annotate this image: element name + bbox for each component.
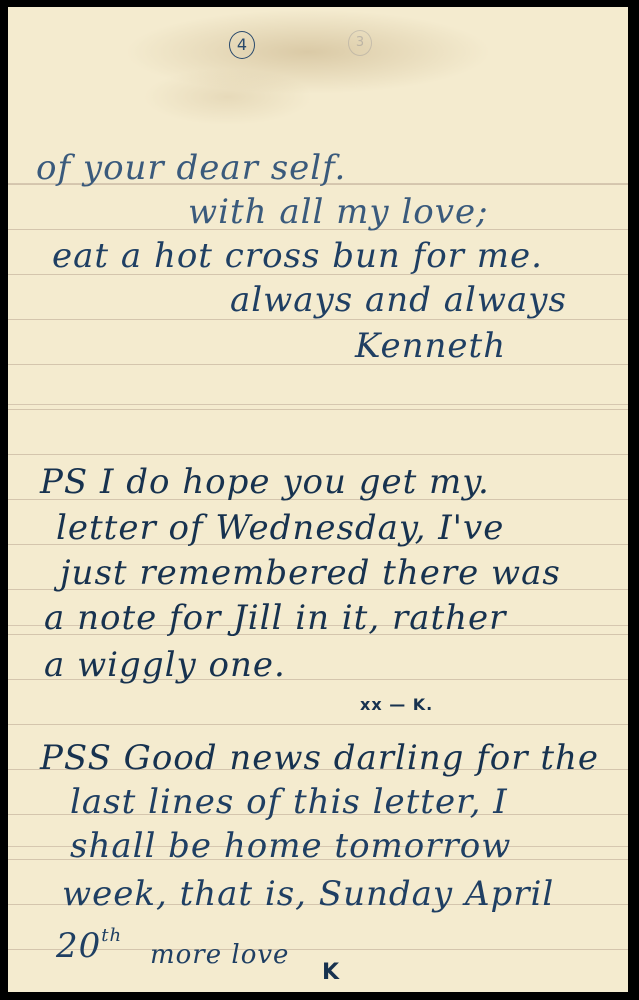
date-day: 20 <box>56 926 101 966</box>
pss-line: shall be home tomorrow <box>70 826 511 866</box>
letter-line: eat a hot cross bun for me. <box>52 236 543 276</box>
letter-line: with all my love; <box>188 192 489 232</box>
ps-line: just remembered there was <box>60 553 561 593</box>
date-suffix: th <box>101 925 122 946</box>
ruled-line <box>8 724 628 725</box>
ps-line: a note for Jill in it, rather <box>44 598 506 638</box>
pss-line: week, that is, Sunday April <box>62 874 554 914</box>
ghost-page-number: 3 <box>348 30 372 56</box>
signature: Kenneth <box>355 326 506 366</box>
ps-kisses-signoff: xx — K. <box>360 695 433 714</box>
page-number-circle: 4 <box>229 31 255 59</box>
ruled-line <box>8 454 628 455</box>
letter-line: always and always <box>230 280 567 320</box>
pss-date: 20th <box>56 925 122 966</box>
pss-line: last lines of this letter, I <box>70 782 508 822</box>
pss-line: more love <box>150 940 289 970</box>
letter-line: of your dear self. <box>36 148 346 188</box>
ps-line: a wiggly one. <box>44 645 286 685</box>
pss-signoff: K <box>322 960 340 985</box>
ruled-line <box>8 409 628 410</box>
ps-line: letter of Wednesday, I've <box>56 508 504 548</box>
pss-line: PSS Good news darling for the <box>40 738 599 778</box>
ps-line: PS I do hope you get my. <box>40 462 490 502</box>
ruled-line <box>8 364 628 365</box>
